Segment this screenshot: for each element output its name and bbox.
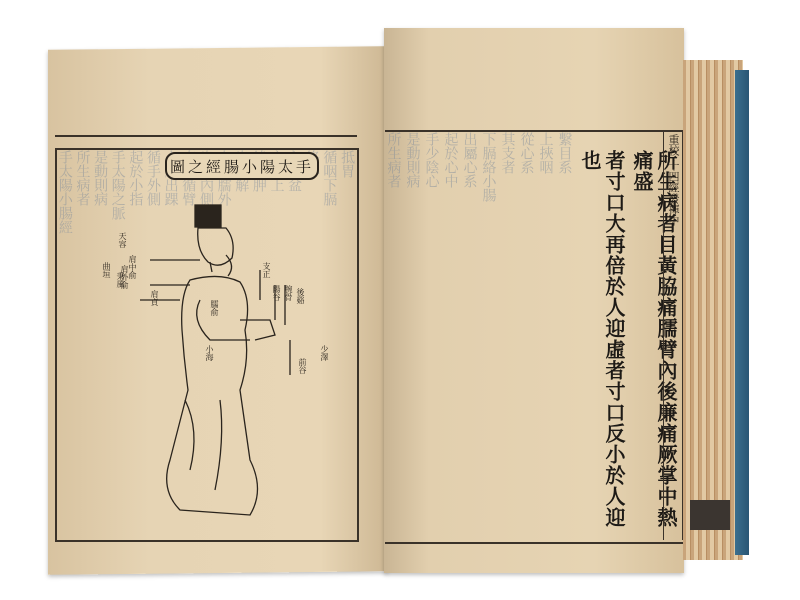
acupoint-label: 曲垣 — [102, 262, 111, 278]
acupoint-label: 少澤 — [320, 345, 329, 361]
open-book-photo: 手太陽小腸經所生病者是動則病手太陽之脈起於小指循手外側上腕出踝直上循臂出肘內側上… — [0, 0, 800, 600]
acupoint-label: 前谷 — [298, 358, 307, 374]
acupoint-label: 小海 — [205, 345, 214, 361]
acupoint-label: 天容 — [118, 232, 127, 248]
acupoint-label: 支正 — [262, 262, 271, 278]
acupoint-label: 陽谷 — [272, 285, 281, 301]
margin-subtitle: 十四經發揮中 — [665, 160, 681, 226]
diagram-title: 手太陽小腸經之圖 — [165, 152, 319, 180]
left-page-top-rule — [55, 135, 357, 137]
acupoint-label: 肩貞 — [150, 290, 159, 306]
blue-book-cover — [735, 70, 749, 555]
acupoint-label: 腕骨 — [284, 285, 293, 301]
ink-block — [690, 500, 730, 530]
bleed-through-text: 所生病者是動則病手少陰心起於心中出屬心系下膈絡小腸其支者從心系上挾咽繫目系 — [385, 132, 575, 542]
acupoint-label: 肩中俞 — [128, 255, 137, 279]
page-margin-strip: 重校 十四經發揮中 — [663, 130, 683, 540]
stacked-page-edges — [683, 60, 743, 560]
acupoint-label: 肩外俞 — [120, 265, 129, 289]
margin-label: 重校 — [665, 134, 681, 156]
acupoint-label: 後谿 — [296, 288, 305, 304]
acupoint-label: 臑俞 — [210, 300, 219, 316]
meridian-figure-illustration — [140, 200, 300, 520]
text-column: 者寸口大再倍於人迎虛者寸口反小於人迎也 — [578, 150, 626, 540]
